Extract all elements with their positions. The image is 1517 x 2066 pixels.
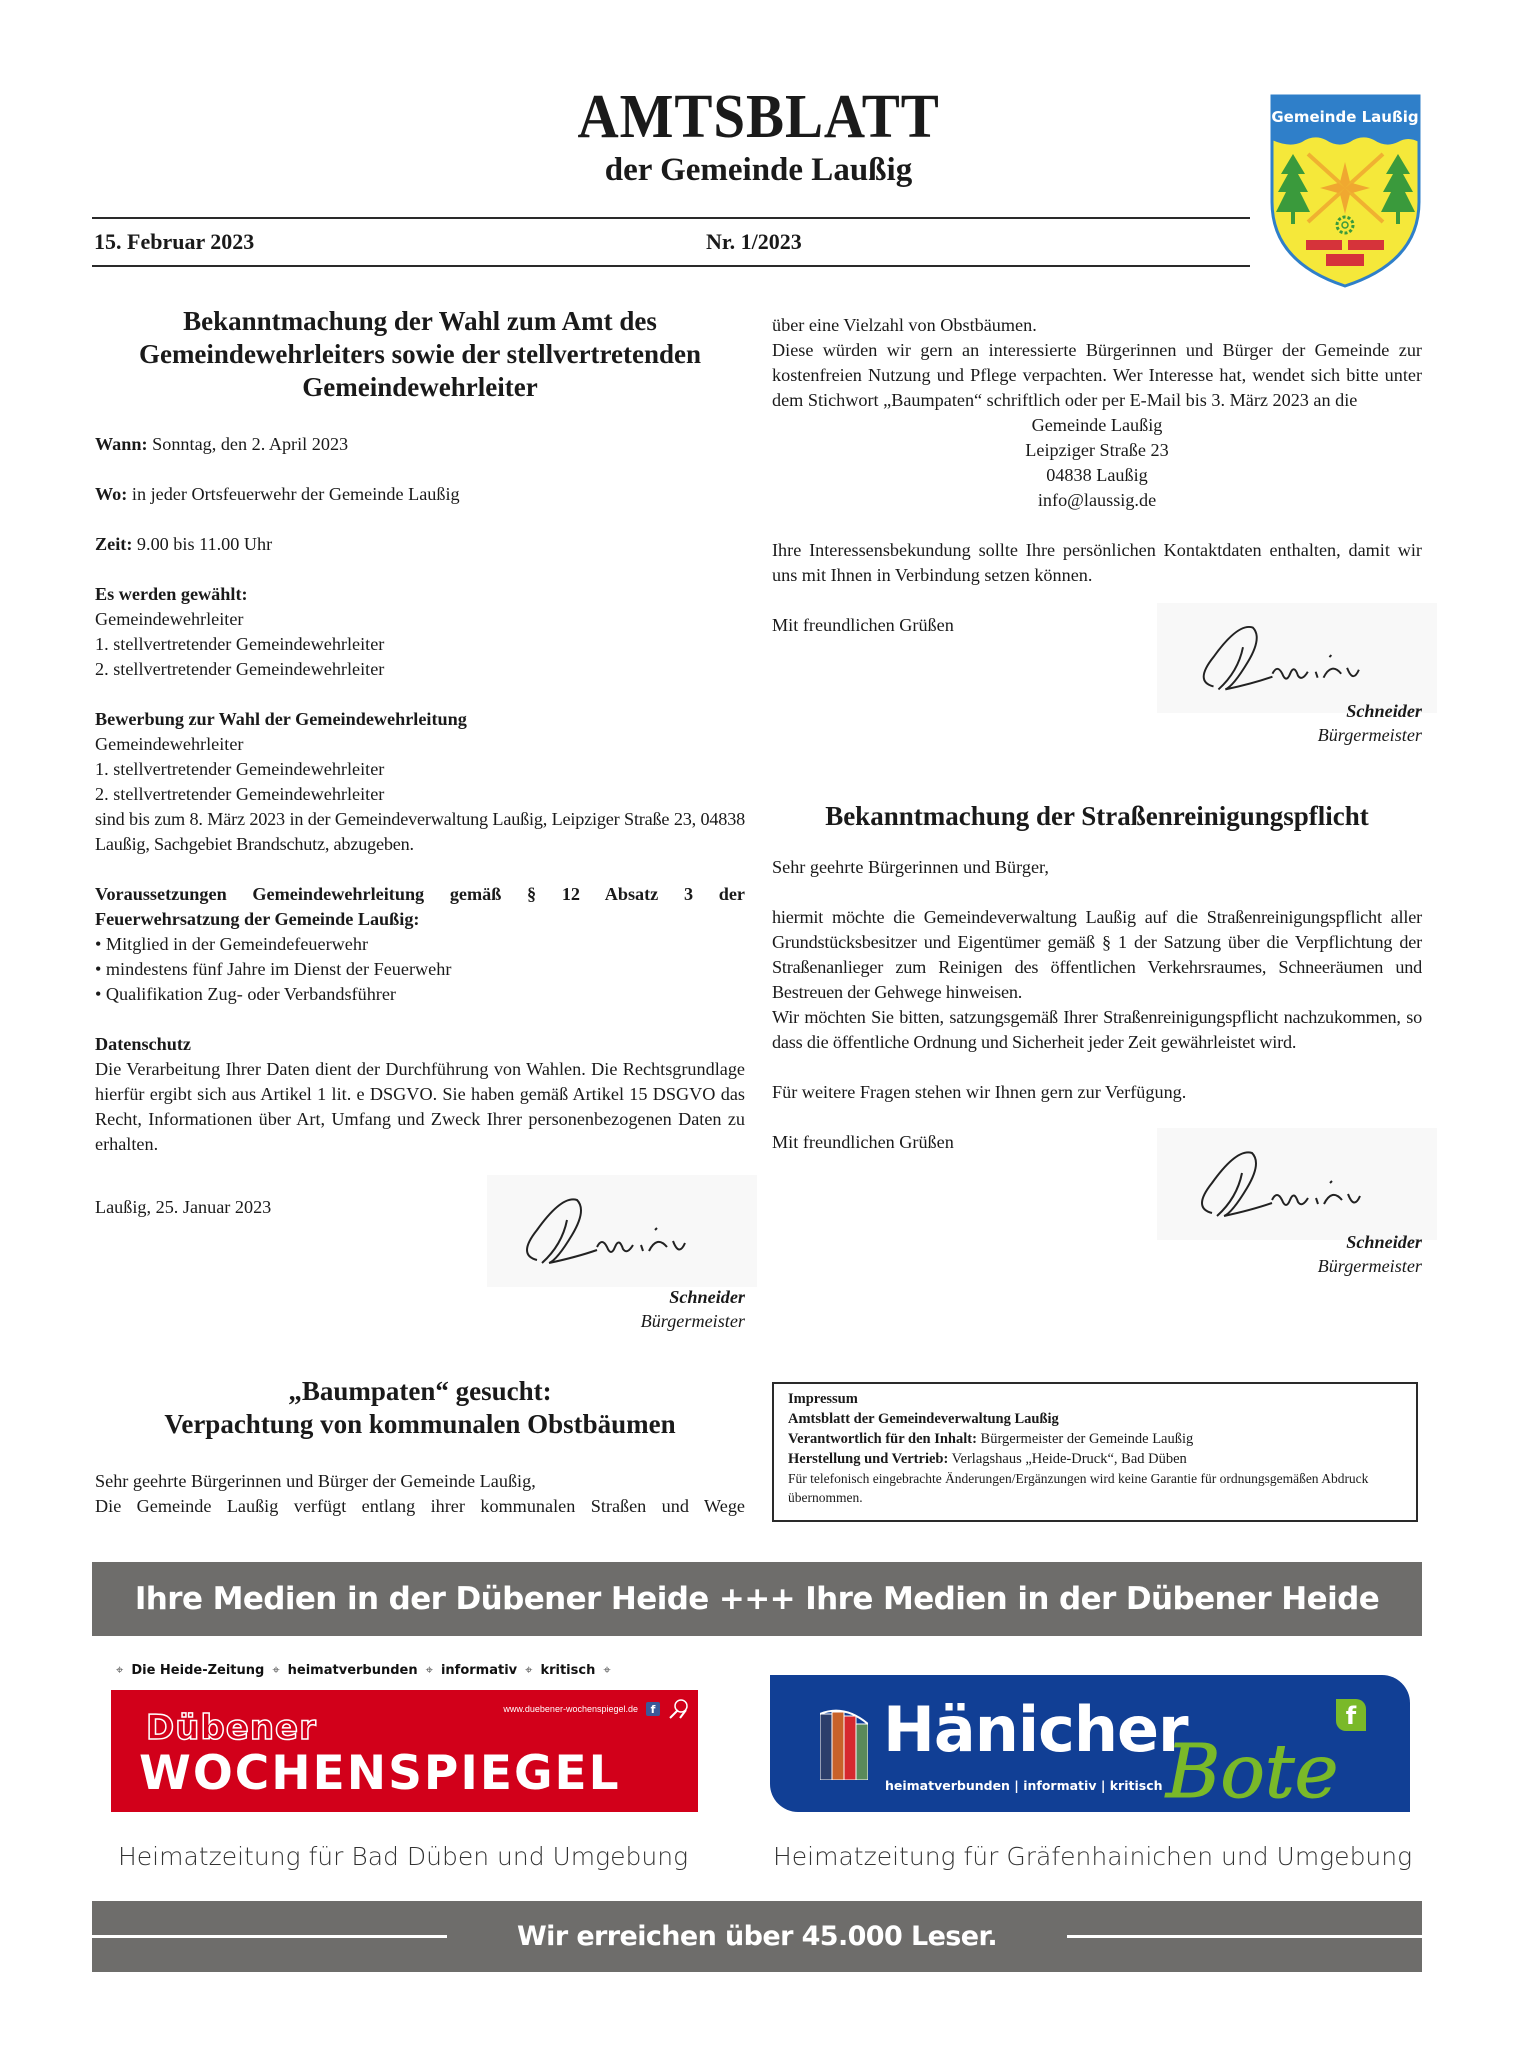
- crest-label: Gemeinde Laußig: [1271, 108, 1418, 126]
- signer-role: Bürgermeister: [641, 1309, 745, 1334]
- list-item: 1. stellvertretender Gemeindewehrleiter: [95, 757, 745, 782]
- signer-role: Bürgermeister: [1318, 1254, 1422, 1279]
- bewerbung-heading: Bewerbung zur Wahl der Gemeindewehrleitu…: [95, 707, 745, 732]
- banner-rule-left: [92, 1935, 447, 1938]
- baumpaten-text-cont: über eine Vielzahl von Obstbäumen.: [772, 313, 1422, 338]
- crosshair-icon: ⌖: [272, 1663, 279, 1678]
- baumpaten-salutation: Sehr geehrte Bürgerinnen und Bürger der …: [95, 1469, 745, 1494]
- wann-line: Wann: Sonntag, den 2. April 2023: [95, 432, 745, 457]
- strasse-closing: Mit freundlichen Grüßen: [772, 1130, 954, 1155]
- article-wahl: Bekanntmachung der Wahl zum Amt des Geme…: [95, 305, 745, 1157]
- facebook-icon[interactable]: f: [646, 1702, 660, 1716]
- strasse-paragraph-1: hiermit möchte die Gemeindeverwaltung La…: [772, 905, 1422, 1005]
- readership-text: Wir erreichen über 45.000 Leser.: [517, 1921, 997, 1952]
- baumpaten-text-main: Diese würden wir gern an interessierte B…: [772, 338, 1422, 413]
- gewaehlt-heading: Es werden gewählt:: [95, 582, 745, 607]
- wochenspiegel-logo-line1: Dübener: [146, 1708, 317, 1748]
- datenschutz-text: Die Verarbeitung Ihrer Daten dient der D…: [95, 1057, 745, 1157]
- bewerbung-text: sind bis zum 8. März 2023 in der Gemeind…: [95, 807, 745, 857]
- wochenspiegel-logo-line2: WOCHENSPIEGEL: [139, 1748, 621, 1800]
- signer-name: Schneider: [1346, 1230, 1422, 1255]
- haenicher-bote-script: Bote: [1166, 1727, 1338, 1817]
- impressum-box: Impressum Amtsblatt der Gemeindeverwaltu…: [772, 1382, 1418, 1522]
- issue-date: 15. Februar 2023: [94, 229, 254, 255]
- issue-number: Nr. 1/2023: [706, 229, 802, 255]
- zeit-line: Zeit: 9.00 bis 11.00 Uhr: [95, 532, 745, 557]
- signature-icon: [1157, 603, 1437, 713]
- signature-icon: [487, 1175, 757, 1287]
- impressum-disclaimer: Für telefonisch eingebrachte Änderungen/…: [788, 1469, 1402, 1507]
- newsletter-title: AMTSBLATT: [61, 82, 1457, 152]
- impressum-publication: Amtsblatt der Gemeindeverwaltung Laußig: [788, 1409, 1402, 1429]
- signer-name: Schneider: [669, 1285, 745, 1310]
- list-item: 1. stellvertretender Gemeindewehrleiter: [95, 632, 745, 657]
- strasse-paragraph-2: Wir möchten Sie bitten, satzungsgemäß Ih…: [772, 1005, 1422, 1055]
- strasse-salutation: Sehr geehrte Bürgerinnen und Bürger,: [772, 855, 1422, 880]
- list-item: 2. stellvertretender Gemeindewehrleiter: [95, 657, 745, 682]
- article-baumpaten-continued: über eine Vielzahl von Obstbäumen. Diese…: [772, 313, 1422, 753]
- list-item: • Mitglied in der Gemeindefeuerwehr: [95, 932, 745, 957]
- header-rule-top: [92, 217, 1250, 219]
- mascot-icon: [666, 1698, 692, 1720]
- address-line: 04838 Laußig: [772, 463, 1422, 488]
- crosshair-icon: ⌖: [603, 1663, 610, 1678]
- email-link[interactable]: info@laussig.de: [772, 488, 1422, 513]
- readership-banner: Wir erreichen über 45.000 Leser.: [92, 1901, 1422, 1972]
- baumpaten-text-start: Die Gemeinde Laußig verfügt entlang ihre…: [95, 1494, 745, 1519]
- article-baumpaten-title: „Baumpaten“ gesucht: Verpachtung von kom…: [95, 1375, 745, 1441]
- crosshair-icon: ⌖: [426, 1663, 433, 1678]
- haenicher-bote-logo[interactable]: Hänicher heimatverbunden | informativ | …: [770, 1675, 1410, 1812]
- article-baumpaten: „Baumpaten“ gesucht: Verpachtung von kom…: [95, 1375, 745, 1519]
- list-item: • Qualifikation Zug- oder Verbandsführer: [95, 982, 745, 1007]
- signer-name: Schneider: [1346, 699, 1422, 724]
- wo-line: Wo: in jeder Ortsfeuerwehr der Gemeinde …: [95, 482, 745, 507]
- article-strasse-title: Bekanntmachung der Straßenreinigungspfli…: [772, 800, 1422, 833]
- wochenspiegel-tagline: ⌖Die Heide-Zeitung⌖heimatverbunden⌖infor…: [108, 1663, 708, 1678]
- haenicher-tagline: heimatverbunden | informativ | kritisch: [885, 1778, 1163, 1793]
- banner-rule-right: [1067, 1935, 1422, 1938]
- signer-role: Bürgermeister: [1318, 723, 1422, 748]
- voraussetzungen-heading: Voraussetzungen Gemeindewehrleitung gemä…: [95, 882, 745, 932]
- town-emblem-icon: [820, 1708, 868, 1780]
- list-item: • mindestens fünf Jahre im Dienst der Fe…: [95, 957, 745, 982]
- facebook-icon[interactable]: f: [1336, 1699, 1366, 1731]
- baumpaten-text-contact: Ihre Interessensbekundung sollte Ihre pe…: [772, 538, 1422, 588]
- header-rule-bottom: [92, 265, 1250, 267]
- wahl-signature-area: Laußig, 25. Januar 2023 Schneider Bürger…: [95, 1195, 745, 1335]
- media-banner: Ihre Medien in der Dübener Heide +++ Ihr…: [92, 1562, 1422, 1636]
- impressum-production: Herstellung und Vertrieb: Verlagshaus „H…: [788, 1449, 1402, 1469]
- wochenspiegel-logo[interactable]: Dübener WOCHENSPIEGEL www.duebener-woche…: [111, 1690, 698, 1812]
- signature-icon: [1157, 1128, 1437, 1240]
- wochenspiegel-caption: Heimatzeitung für Bad Düben und Umgebung: [118, 1842, 688, 1871]
- address-line: Gemeinde Laußig: [772, 413, 1422, 438]
- article-strassenreinigung: Bekanntmachung der Straßenreinigungspfli…: [772, 800, 1422, 1280]
- haenicher-title: Hänicher: [883, 1695, 1188, 1765]
- haenicher-caption: Heimatzeitung für Gräfenhainichen und Um…: [773, 1842, 1412, 1871]
- list-item: Gemeindewehrleiter: [95, 732, 745, 757]
- crosshair-icon: ⌖: [525, 1663, 532, 1678]
- address-line: Leipziger Straße 23: [772, 438, 1422, 463]
- wochenspiegel-url[interactable]: www.duebener-wochenspiegel.de: [503, 1704, 638, 1714]
- datenschutz-heading: Datenschutz: [95, 1032, 745, 1057]
- article-wahl-title: Bekanntmachung der Wahl zum Amt des Geme…: [95, 305, 745, 404]
- coat-of-arms-icon: Gemeinde Laußig: [1268, 92, 1423, 289]
- baumpaten-closing: Mit freundlichen Grüßen: [772, 613, 954, 638]
- impressum-heading: Impressum: [788, 1389, 1402, 1409]
- impressum-responsible: Verantwortlich für den Inhalt: Bürgermei…: [788, 1429, 1402, 1449]
- list-item: Gemeindewehrleiter: [95, 607, 745, 632]
- crosshair-icon: ⌖: [116, 1663, 123, 1678]
- list-item: 2. stellvertretender Gemeindewehrleiter: [95, 782, 745, 807]
- strasse-paragraph-3: Für weitere Fragen stehen wir Ihnen gern…: [772, 1080, 1422, 1105]
